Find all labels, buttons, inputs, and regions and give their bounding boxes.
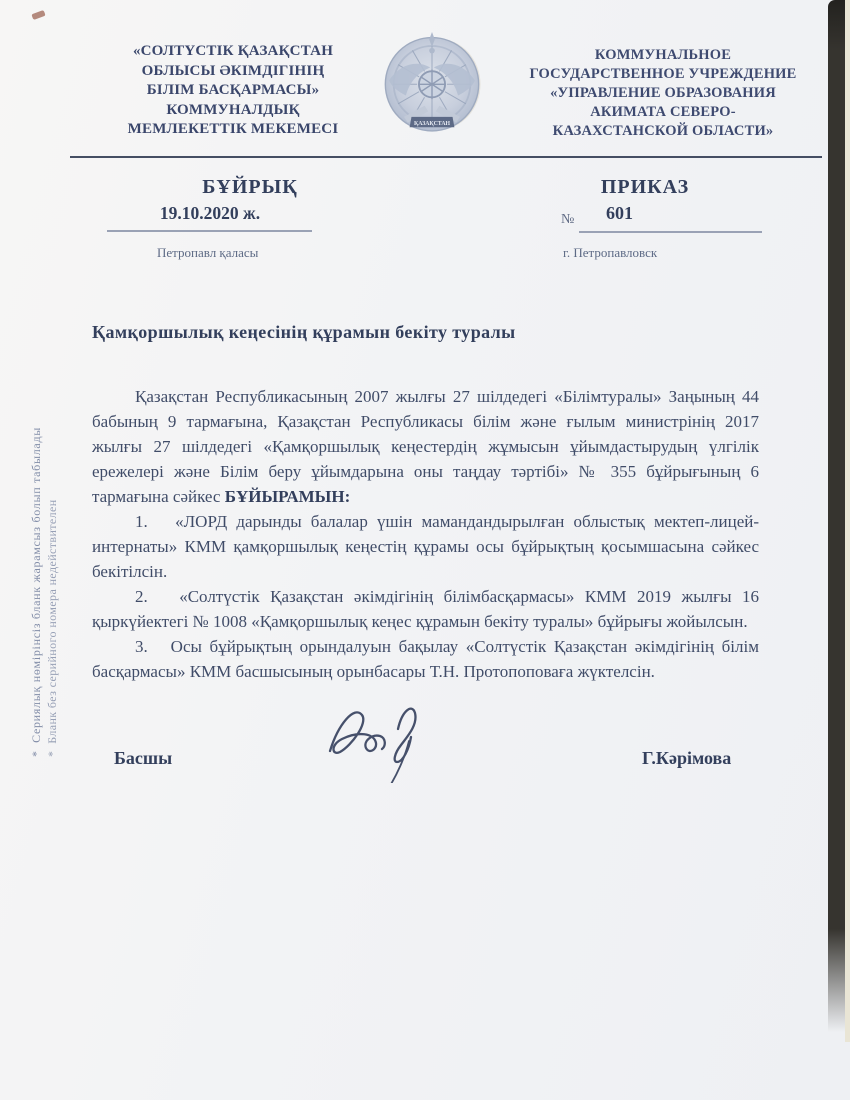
- signer-position: Басшы: [114, 748, 172, 769]
- margin-note-russian: * Бланк без серийного номера недействите…: [45, 499, 60, 757]
- order-number: 601: [606, 203, 633, 224]
- order-body: Қазақстан Республикасының 2007 жылғы 27 …: [92, 384, 759, 684]
- handwritten-signature: [322, 693, 457, 783]
- scan-edge-dark-strip: [828, 0, 845, 1032]
- org-ru-line: «УПРАВЛЕНИЕ ОБРАЗОВАНИЯ: [498, 84, 828, 103]
- kazakhstan-emblem-icon: ҚАЗАҚСТАН: [376, 24, 488, 152]
- scan-edge-paper-strip: [845, 0, 850, 1042]
- order-date: 19.10.2020 ж.: [120, 203, 300, 224]
- scan-mark: [31, 10, 45, 20]
- city-kazakh: Петропавл қаласы: [157, 245, 258, 261]
- date-underline: [107, 230, 312, 232]
- order-item-1: 1. «ЛОРД дарынды балалар үшін маманданды…: [92, 509, 759, 584]
- org-kk-line: БІЛІМ БАСҚАРМАСЫ»: [78, 81, 388, 101]
- org-name-russian: КОММУНАЛЬНОЕ ГОСУДАРСТВЕННОЕ УЧРЕЖДЕНИЕ …: [498, 46, 828, 141]
- number-underline: [579, 231, 762, 233]
- resolve-word: БҰЙЫРАМЫН:: [225, 487, 351, 506]
- org-ru-line: КАЗАХСТАНСКОЙ ОБЛАСТИ»: [498, 122, 828, 141]
- city-russian: г. Петропавловск: [563, 245, 657, 261]
- org-kk-line: ОБЛЫСЫ ӘКІМДІГІНІҢ: [78, 62, 388, 82]
- org-kk-line: КОММУНАЛДЫҚ: [78, 101, 388, 121]
- intro-text: Қазақстан Республикасының 2007 жылғы 27 …: [92, 387, 759, 506]
- order-number-sign: №: [561, 212, 574, 228]
- order-item-3: 3. Осы бұйрықтың орындалуын бақылау «Сол…: [92, 634, 759, 684]
- order-title-russian: ПРИКАЗ: [545, 176, 745, 199]
- order-subject: Қамқоршылық кеңесінің құрамын бекіту тур…: [92, 322, 692, 343]
- emblem-banner-text: ҚАЗАҚСТАН: [414, 121, 450, 127]
- order-title-kazakh: БҰЙРЫҚ: [150, 176, 350, 199]
- org-ru-line: ГОСУДАРСТВЕННОЕ УЧРЕЖДЕНИЕ: [498, 65, 828, 84]
- org-kk-line: МЕМЛЕКЕТТІК МЕКЕМЕСІ: [78, 120, 388, 140]
- margin-note-kazakh: * Сериялық нөмірінсіз бланк жарамсыз бол…: [29, 427, 44, 757]
- header-divider-line: [70, 156, 822, 158]
- scanned-order-document: «СОЛТҮСТІК ҚАЗАҚСТАН ОБЛЫСЫ ӘКІМДІГІНІҢ …: [0, 0, 850, 1100]
- signer-name: Г.Кәрімова: [642, 748, 731, 769]
- order-item-2: 2. «Солтүстік Қазақстан әкімдігінің білі…: [92, 584, 759, 634]
- org-ru-line: КОММУНАЛЬНОЕ: [498, 46, 828, 65]
- intro-paragraph: Қазақстан Республикасының 2007 жылғы 27 …: [92, 384, 759, 509]
- org-kk-line: «СОЛТҮСТІК ҚАЗАҚСТАН: [78, 42, 388, 62]
- org-ru-line: АКИМАТА СЕВЕРО-: [498, 103, 828, 122]
- org-name-kazakh: «СОЛТҮСТІК ҚАЗАҚСТАН ОБЛЫСЫ ӘКІМДІГІНІҢ …: [78, 42, 388, 140]
